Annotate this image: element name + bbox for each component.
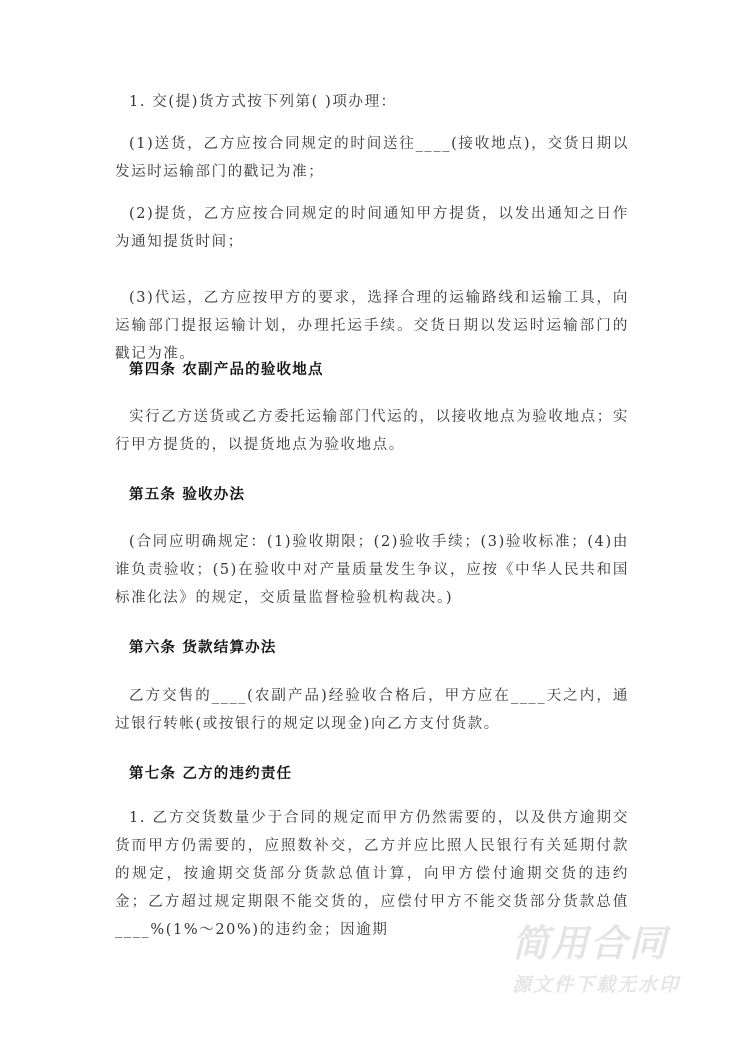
watermark-subtitle: 源文件下载无水印 — [512, 972, 712, 998]
document-page: 1. 交(提)货方式按下列第( )项办理： (1)送货，乙方应按合同规定的时间送… — [0, 0, 742, 1049]
article-6-body: 乙方交售的____(农副产品)经验收合格后，甲方应在____天之内，通过银行转帐… — [115, 682, 629, 738]
article-7-heading: 第七条 乙方的违约责任 — [129, 760, 292, 788]
article-4-body: 实行乙方送货或乙方委托运输部门代运的，以接收地点为验收地点；实行甲方提货的，以提… — [115, 403, 629, 459]
article-5-heading: 第五条 验收办法 — [129, 481, 245, 509]
watermark-title: 简用合同 — [512, 922, 712, 966]
delivery-option-2: (2)提货，乙方应按合同规定的时间通知甲方提货，以发出通知之日作为通知提货时间； — [115, 200, 629, 256]
delivery-method-clause: 1. 交(提)货方式按下列第( )项办理： — [115, 88, 629, 116]
article-5-body: (合同应明确规定：(1)验收期限；(2)验收手续；(3)验收标准；(4)由谁负责… — [115, 528, 629, 612]
delivery-option-1: (1)送货，乙方应按合同规定的时间送往____(接收地点)，交货日期以发运时运输… — [115, 130, 629, 186]
article-4-heading: 第四条 农副产品的验收地点 — [129, 356, 324, 384]
watermark: 简用合同 源文件下载无水印 — [512, 922, 712, 998]
article-6-heading: 第六条 货款结算办法 — [129, 634, 277, 662]
